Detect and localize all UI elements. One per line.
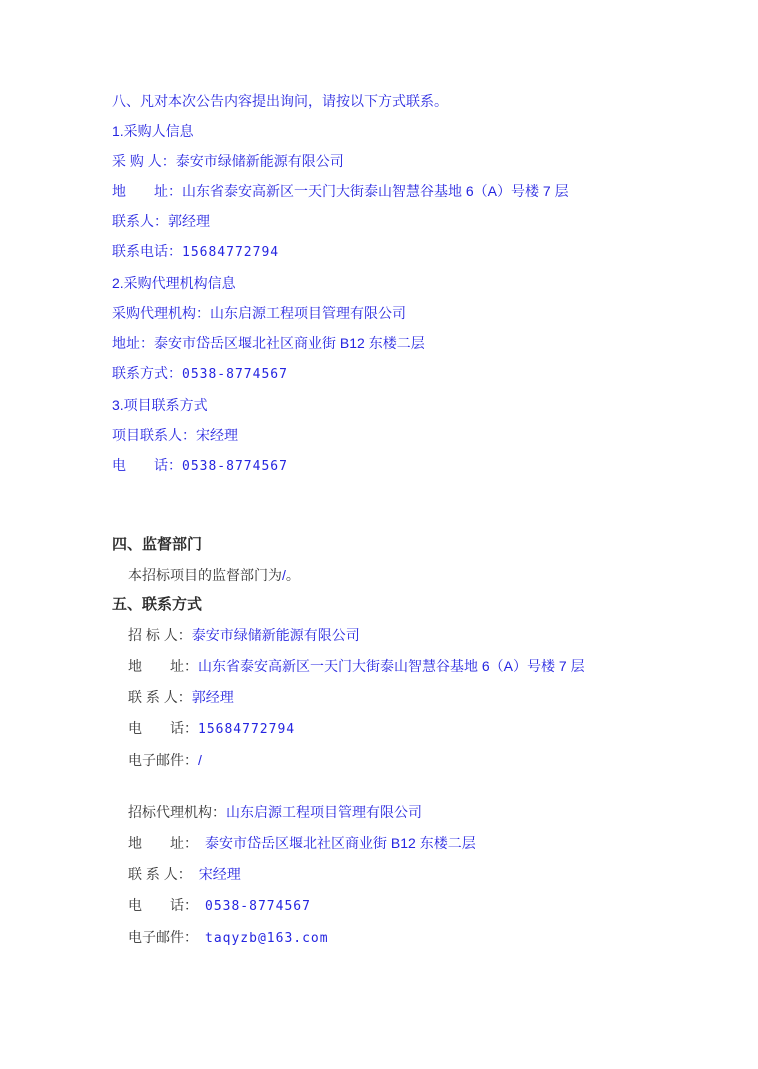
field-value: 山东启源工程项目管理有限公司 [210, 305, 406, 321]
agent-name-row: 招标代理机构：山东启源工程项目管理有限公司 [128, 797, 718, 828]
agency-info-title: 2.采购代理机构信息 [112, 268, 718, 298]
field-value: 山东启源工程项目管理有限公司 [226, 804, 422, 820]
field-label: 联 系 人： [128, 689, 192, 705]
supervision-heading: 四、监督部门 [112, 530, 718, 560]
field-label: 联系方式： [112, 365, 182, 381]
field-value: / [198, 752, 202, 768]
field-label: 地 址： [128, 658, 198, 674]
contact-section: 五、联系方式 招 标 人：泰安市绿储新能源有限公司 地 址：山东省泰安高新区一天… [112, 590, 718, 954]
inquiry-intro: 八、凡对本次公告内容提出询问，请按以下方式联系。 [112, 86, 718, 116]
field-value: 郭经理 [192, 689, 234, 705]
field-label: 地 址： [128, 835, 198, 851]
tenderer-contact-row: 联 系 人：郭经理 [128, 682, 718, 713]
field-label: 联 系 人： [128, 866, 192, 882]
field-label: 联系人： [112, 213, 168, 229]
field-label: 招 标 人： [128, 627, 192, 643]
field-value: 0538-8774567 [205, 899, 311, 914]
supervision-period: 。 [286, 567, 300, 583]
field-label: 电 话： [112, 457, 182, 473]
project-contact-title: 3.项目联系方式 [112, 390, 718, 420]
field-value: 15684772794 [198, 722, 295, 737]
field-value: 泰安市绿储新能源有限公司 [192, 627, 360, 643]
contact-heading: 五、联系方式 [112, 590, 718, 620]
agency-name-row: 采购代理机构：山东启源工程项目管理有限公司 [112, 298, 718, 328]
field-value: 郭经理 [168, 213, 210, 229]
field-value: 泰安市岱岳区堰北社区商业街 B12 东楼二层 [154, 335, 425, 351]
agency-address-row: 地址：泰安市岱岳区堰北社区商业街 B12 东楼二层 [112, 328, 718, 358]
field-value: 山东省泰安高新区一天门大街泰山智慧谷基地 6（A）号楼 7 层 [182, 183, 569, 199]
field-label: 电子邮件： [128, 929, 198, 945]
purchaser-name-row: 采 购 人：泰安市绿储新能源有限公司 [112, 146, 718, 176]
agent-address-row: 地 址：泰安市岱岳区堰北社区商业街 B12 东楼二层 [128, 828, 718, 859]
field-value: 0538-8774567 [182, 367, 288, 382]
inquiry-section: 八、凡对本次公告内容提出询问，请按以下方式联系。 1.采购人信息 采 购 人：泰… [112, 86, 718, 482]
supervision-text: 本招标项目的监督部门为 [128, 567, 282, 583]
project-phone-row: 电 话：0538-8774567 [112, 450, 718, 482]
document-page: 八、凡对本次公告内容提出询问，请按以下方式联系。 1.采购人信息 采 购 人：泰… [0, 0, 758, 954]
agency-phone-row: 联系方式：0538-8774567 [112, 358, 718, 390]
agent-block: 招标代理机构：山东启源工程项目管理有限公司 地 址：泰安市岱岳区堰北社区商业街 … [112, 797, 718, 954]
field-value: 宋经理 [196, 427, 238, 443]
project-contact-row: 项目联系人：宋经理 [112, 420, 718, 450]
field-value: 宋经理 [199, 866, 241, 882]
field-value: 15684772794 [182, 245, 279, 260]
agent-contact-row: 联 系 人：宋经理 [128, 859, 718, 890]
field-label: 电 话： [128, 720, 198, 736]
field-label: 电子邮件： [128, 752, 198, 768]
field-label: 招标代理机构： [128, 804, 226, 820]
supervision-section: 四、监督部门 本招标项目的监督部门为/。 [112, 530, 718, 590]
field-label: 项目联系人： [112, 427, 196, 443]
purchaser-info-title: 1.采购人信息 [112, 116, 718, 146]
field-label: 采 购 人： [112, 153, 176, 169]
field-value: 山东省泰安高新区一天门大街泰山智慧谷基地 6（A）号楼 7 层 [198, 658, 585, 674]
field-label: 电 话： [128, 897, 198, 913]
tenderer-address-row: 地 址：山东省泰安高新区一天门大街泰山智慧谷基地 6（A）号楼 7 层 [128, 651, 718, 682]
purchaser-address-row: 地 址：山东省泰安高新区一天门大街泰山智慧谷基地 6（A）号楼 7 层 [112, 176, 718, 206]
field-label: 地 址： [112, 183, 182, 199]
field-value: 泰安市岱岳区堰北社区商业街 B12 东楼二层 [205, 835, 476, 851]
field-label: 地址： [112, 335, 154, 351]
purchaser-phone-row: 联系电话：15684772794 [112, 236, 718, 268]
field-label: 联系电话： [112, 243, 182, 259]
agent-phone-row: 电 话：0538-8774567 [128, 890, 718, 922]
agent-email-row: 电子邮件：taqyzb@163.com [128, 922, 718, 954]
purchaser-contact-row: 联系人：郭经理 [112, 206, 718, 236]
field-value: taqyzb@163.com [205, 931, 329, 946]
tenderer-block: 招 标 人：泰安市绿储新能源有限公司 地 址：山东省泰安高新区一天门大街泰山智慧… [112, 620, 718, 776]
tenderer-name-row: 招 标 人：泰安市绿储新能源有限公司 [128, 620, 718, 651]
tenderer-email-row: 电子邮件：/ [128, 745, 718, 776]
field-label: 采购代理机构： [112, 305, 210, 321]
field-value: 0538-8774567 [182, 459, 288, 474]
tenderer-phone-row: 电 话：15684772794 [128, 713, 718, 745]
field-value: 泰安市绿储新能源有限公司 [176, 153, 344, 169]
supervision-body: 本招标项目的监督部门为/。 [128, 560, 718, 590]
